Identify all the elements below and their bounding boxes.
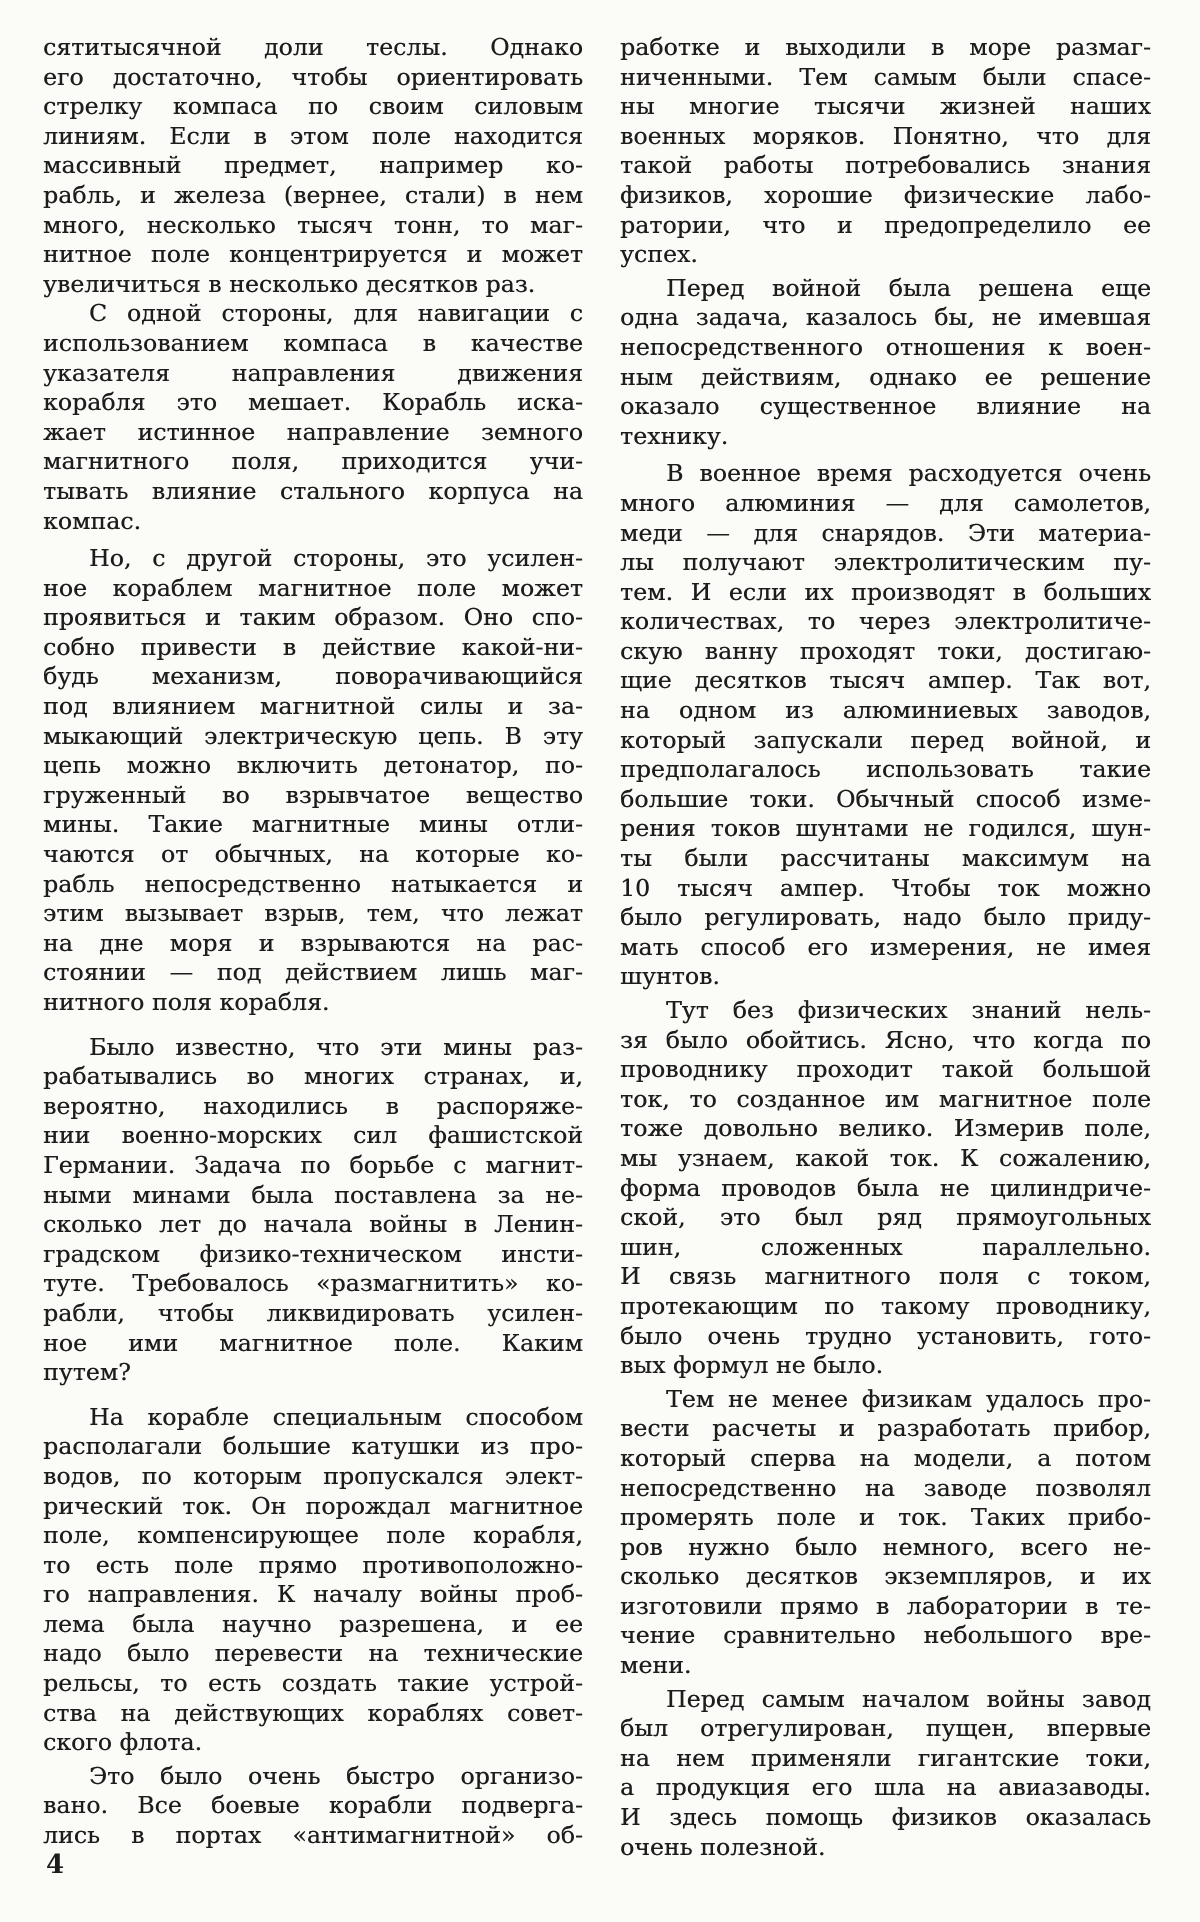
text-line: собно привести в действие какой-ни- <box>43 633 583 663</box>
text-line: сятитысячной доли теслы. Однако <box>43 33 583 63</box>
text-line: го направления. К началу войны проб- <box>43 1580 583 1610</box>
text-line: нии военно-морских сил фашистской <box>43 1121 583 1151</box>
text-line: военных моряков. Понятно, что для <box>620 122 1151 152</box>
text-line: промерять поле и ток. Таких прибо- <box>620 1503 1151 1533</box>
text-line: будь механизм, поворачивающийся <box>43 662 583 692</box>
text-line: градском физико-техническом инсти- <box>43 1240 583 1270</box>
text-line: ны многие тысячи жизней наших <box>620 92 1151 122</box>
text-line: нитное поле концентрируется и может <box>43 240 583 270</box>
text-line: Было известно, что эти мины раз- <box>43 1033 583 1063</box>
text-line: щие десятков тысяч ампер. Так вот, <box>620 666 1151 696</box>
text-line: под влиянием магнитной силы и за- <box>43 692 583 722</box>
text-line: изготовили прямо в лаборатории в те- <box>620 1592 1151 1622</box>
text-line: тоже довольно велико. Измерив поле, <box>620 1114 1151 1144</box>
text-line: ное кораблем магнитное поле может <box>43 574 583 604</box>
text-line: рения токов шунтами не годился, шун- <box>620 814 1151 844</box>
text-line: ты были рассчитаны максимум на <box>620 844 1151 874</box>
text-line: стоянии — под действием лишь маг- <box>43 958 583 988</box>
text-line: нитного поля корабля. <box>43 988 583 1018</box>
text-line: компас. <box>43 507 583 537</box>
text-line: ской, это был ряд прямоугольных <box>620 1203 1151 1233</box>
text-line: надо было перевести на технические <box>43 1639 583 1669</box>
text-line: массивный предмет, например ко- <box>43 151 583 181</box>
text-line: проявиться и таким образом. Оно спо- <box>43 603 583 633</box>
text-line: груженный во взрывчатое вещество <box>43 781 583 811</box>
text-line: лись в портах «антимагнитной» об- <box>43 1821 583 1851</box>
text-line: ства на действующих кораблях совет- <box>43 1699 583 1729</box>
text-line: располагали большие катушки из про- <box>43 1432 583 1462</box>
text-line: успех. <box>620 240 1151 270</box>
left-column: сятитысячной доли теслы. Однакоего доста… <box>43 33 583 1851</box>
text-line: тем. И если их производят в больших <box>620 578 1151 608</box>
text-line: ными минами была поставлена за не- <box>43 1181 583 1211</box>
text-line: его достаточно, чтобы ориентировать <box>43 63 583 93</box>
text-line: ратории, что и предопределило ее <box>620 211 1151 241</box>
text-line: работке и выходили в море размаг- <box>620 33 1151 63</box>
text-line: линиям. Если в этом поле находится <box>43 122 583 152</box>
text-line: было очень трудно установить, гото- <box>620 1322 1151 1352</box>
text-line: Это было очень быстро организо- <box>43 1762 583 1792</box>
text-line: туте. Требовалось «размагнитить» ко- <box>43 1269 583 1299</box>
text-line: протекающим по такому проводнику, <box>620 1292 1151 1322</box>
text-line: на одном из алюминиевых заводов, <box>620 696 1151 726</box>
page-number: 4 <box>46 1850 64 1880</box>
text-line: ным действиям, однако ее решение <box>620 363 1151 393</box>
text-line: скую ванну проходят токи, достигаю- <box>620 637 1151 667</box>
text-line: С одной стороны, для навигации с <box>43 299 583 329</box>
text-line: указателя направления движения <box>43 359 583 389</box>
text-line: Тут без физических знаний нель- <box>620 996 1151 1026</box>
text-line: стрелку компаса по своим силовым <box>43 92 583 122</box>
text-line: ное ими магнитное поле. Каким <box>43 1329 583 1359</box>
text-line: одна задача, казалось бы, не имевшая <box>620 303 1151 333</box>
text-line: предполагалось использовать такие <box>620 755 1151 785</box>
text-line: В военное время расходуется очень <box>620 459 1151 489</box>
text-line: рический ток. Он порождал магнитное <box>43 1492 583 1522</box>
text-line: Германии. Задача по борьбе с магнит- <box>43 1151 583 1181</box>
text-line: цепь можно включить детонатор, по- <box>43 751 583 781</box>
text-line: 10 тысяч ампер. Чтобы ток можно <box>620 874 1151 904</box>
text-line: путем? <box>43 1358 583 1388</box>
text-line: шунтов. <box>620 962 1151 992</box>
text-line: использованием компаса в качестве <box>43 329 583 359</box>
text-line: шин, сложенных параллельно. <box>620 1233 1151 1263</box>
text-line: форма проводов была не цилиндриче- <box>620 1174 1151 1204</box>
text-line: магнитного поля, приходится учи- <box>43 447 583 477</box>
text-line: вано. Все боевые корабли подверга- <box>43 1791 583 1821</box>
text-line: лы получают электролитическим пу- <box>620 548 1151 578</box>
text-line: ток, то созданное им магнитное поле <box>620 1085 1151 1115</box>
text-line: вероятно, находились в распоряже- <box>43 1092 583 1122</box>
text-line: этим вызывает взрыв, тем, что лежат <box>43 899 583 929</box>
text-line: рабль, и железа (вернее, стали) в нем <box>43 181 583 211</box>
text-line: на дне моря и взрываются на рас- <box>43 929 583 959</box>
text-line: непосредственно на заводе позволял <box>620 1474 1151 1504</box>
text-line: мать способ его измерения, не имея <box>620 933 1151 963</box>
paragraph: Это было очень быстро организо-вано. Все… <box>43 1762 583 1851</box>
text-line: чаются от обычных, на которые ко- <box>43 840 583 870</box>
paragraph: Но, с другой стороны, это усилен-ное кор… <box>43 544 583 1018</box>
text-line: много алюминия — для самолетов, <box>620 489 1151 519</box>
text-line: проводнику проходит такой большой <box>620 1055 1151 1085</box>
text-line: то есть поле прямо противоположно- <box>43 1551 583 1581</box>
text-line: мы узнаем, какой ток. К сожалению, <box>620 1144 1151 1174</box>
text-line: который запускали перед войной, и <box>620 726 1151 756</box>
text-line: Перед войной была решена еще <box>620 274 1151 304</box>
text-line: на нем применяли гигантские токи, <box>620 1744 1151 1774</box>
text-line: а продукция его шла на авиазаводы. <box>620 1773 1151 1803</box>
text-line: был отрегулирован, пущен, впервые <box>620 1714 1151 1744</box>
text-line: который сперва на модели, а потом <box>620 1444 1151 1474</box>
text-line: количествах, то через электролитиче- <box>620 607 1151 637</box>
text-line: мени. <box>620 1651 1151 1681</box>
paragraph: На корабле специальным способомрасполага… <box>43 1403 583 1758</box>
text-line: сколько десятков экземпляров, и их <box>620 1562 1151 1592</box>
text-line: сколько лет до начала войны в Ленин- <box>43 1210 583 1240</box>
paragraph: Перед самым началом войны заводбыл отрег… <box>620 1685 1151 1863</box>
text-line: рабли, чтобы ликвидировать усилен- <box>43 1299 583 1329</box>
text-line: водов, по которым пропускался элект- <box>43 1462 583 1492</box>
text-line: технику. <box>620 422 1151 452</box>
right-column: работке и выходили в море размаг-ниченны… <box>620 33 1151 1862</box>
text-line: Перед самым началом войны завод <box>620 1685 1151 1715</box>
paragraph: Было известно, что эти мины раз-рабатыва… <box>43 1033 583 1388</box>
paragraph: Тем не менее физикам удалось про-вести р… <box>620 1385 1151 1681</box>
text-line: рабль непосредственно натыкается и <box>43 870 583 900</box>
text-line: лема была научно разрешена, и ее <box>43 1610 583 1640</box>
text-line: мины. Такие магнитные мины отли- <box>43 810 583 840</box>
paragraph: Перед войной была решена ещеодна задача,… <box>620 274 1151 452</box>
text-line: такой работы потребовались знания <box>620 151 1151 181</box>
text-line: меди — для снарядов. Эти материа- <box>620 519 1151 549</box>
text-line: было регулировать, надо было приду- <box>620 903 1151 933</box>
text-line: корабля это мешает. Корабль иска- <box>43 388 583 418</box>
text-line: Тем не менее физикам удалось про- <box>620 1385 1151 1415</box>
paragraph: сятитысячной доли теслы. Однакоего доста… <box>43 33 583 299</box>
text-line: На корабле специальным способом <box>43 1403 583 1433</box>
text-line: вых формул не было. <box>620 1351 1151 1381</box>
text-line: И здесь помощь физиков оказалась <box>620 1803 1151 1833</box>
text-line: ров нужно было немного, всего не- <box>620 1533 1151 1563</box>
text-line: ского флота. <box>43 1728 583 1758</box>
text-line: зя было обойтись. Ясно, что когда по <box>620 1026 1151 1056</box>
text-line: оказало существенное влияние на <box>620 392 1151 422</box>
text-line: большие токи. Обычный способ изме- <box>620 785 1151 815</box>
text-line: ниченными. Тем самым были спасе- <box>620 63 1151 93</box>
text-line: вести расчеты и разработать прибор, <box>620 1414 1151 1444</box>
text-line: увеличиться в несколько десятков раз. <box>43 270 583 300</box>
text-line: много, несколько тысяч тонн, то маг- <box>43 211 583 241</box>
text-line: рельсы, то есть создать такие устрой- <box>43 1669 583 1699</box>
text-line: Но, с другой стороны, это усилен- <box>43 544 583 574</box>
text-line: чение сравнительно небольшого вре- <box>620 1621 1151 1651</box>
paragraph: работке и выходили в море размаг-ниченны… <box>620 33 1151 270</box>
paragraph: Тут без физических знаний нель-зя было о… <box>620 996 1151 1381</box>
text-line: непосредственного отношения к воен- <box>620 333 1151 363</box>
paragraph: С одной стороны, для навигации сиспользо… <box>43 299 583 536</box>
text-line: жает истинное направление земного <box>43 418 583 448</box>
paragraph: В военное время расходуется оченьмного а… <box>620 459 1151 992</box>
text-line: мыкающий электрическую цепь. В эту <box>43 722 583 752</box>
text-line: очень полезной. <box>620 1833 1151 1863</box>
text-line: физиков, хорошие физические лабо- <box>620 181 1151 211</box>
text-line: поле, компенсирующее поле корабля, <box>43 1521 583 1551</box>
text-line: рабатывались во многих странах, и, <box>43 1062 583 1092</box>
text-line: И связь магнитного поля с током, <box>620 1262 1151 1292</box>
text-line: тывать влияние стального корпуса на <box>43 477 583 507</box>
